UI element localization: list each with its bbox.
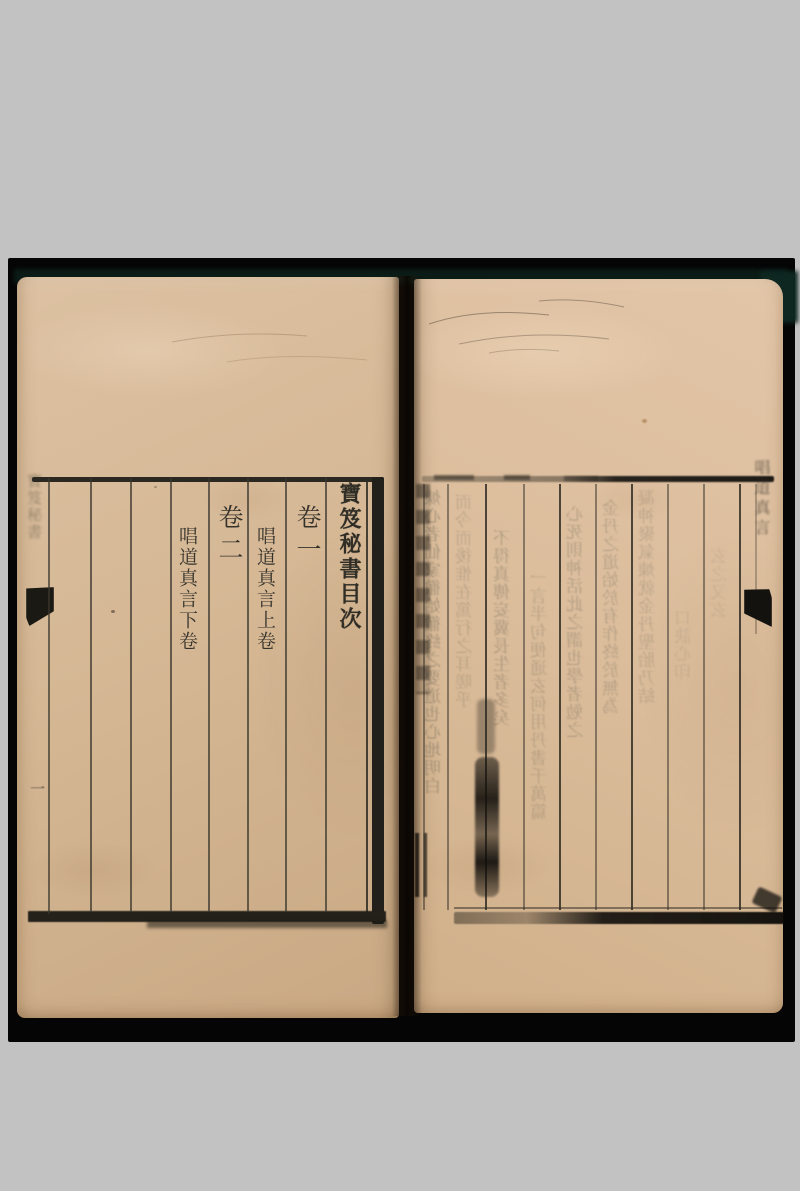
bleedthrough-column: 金丹之道始於有作終於無為	[600, 499, 626, 715]
fishtail-mark-right	[744, 589, 772, 627]
showthrough-frame-bottom	[454, 912, 784, 924]
banxin-ghost-title: 唱道真言	[750, 459, 773, 539]
bleedthrough-column: 心死則神活此之謂也學者勉之	[564, 505, 590, 739]
scratch-marks	[419, 289, 649, 359]
toc-entry-volume-1: 卷一	[289, 504, 325, 568]
ink-smudge	[504, 475, 530, 480]
ink-smudge	[434, 475, 474, 480]
leaf-number: 一	[27, 781, 48, 796]
column-rule	[247, 478, 249, 912]
ink-smudge	[751, 886, 782, 913]
toc-title: 寶笈秘書目次	[334, 482, 365, 632]
bleedthrough-column: 口訣心印	[672, 609, 698, 681]
ink-bleed-smudge	[477, 699, 495, 754]
gutter-shadow	[392, 276, 422, 1016]
toc-entry-changdao-zhenyan-xia: 唱道真言下卷	[174, 526, 201, 652]
column-rule	[170, 478, 172, 912]
bleedthrough-column: 玄之又玄	[708, 547, 734, 619]
ink-speck	[111, 610, 115, 613]
fore-edge-ghost-title: 寶笈秘書	[24, 473, 45, 541]
ink-smudge	[147, 920, 387, 928]
column-rule	[285, 478, 287, 912]
column-rule	[130, 478, 132, 912]
ink-speck	[154, 486, 157, 488]
column-rule	[208, 478, 210, 912]
fold-line	[48, 478, 50, 914]
bleedthrough-column: 而今而後惟在篤行之耳嗟乎	[453, 493, 479, 709]
left-page: 寶笈秘書 一 寶笈秘書目次 卷一 唱道真言上卷 卷二 唱道真言下卷	[17, 277, 399, 1018]
photo-area: 寶笈秘書 一 寶笈秘書目次 卷一 唱道真言上卷 卷二 唱道真言下卷	[8, 258, 795, 1042]
column-rule	[667, 484, 669, 910]
column-rule	[739, 484, 741, 910]
toc-frame-right-border	[372, 477, 384, 924]
column-rule	[595, 484, 597, 910]
bleedthrough-column: 不得真傳妄冀長生者多矣	[491, 529, 517, 727]
column-rule	[325, 478, 327, 912]
scan-matte: 寶笈秘書 一 寶笈秘書目次 卷一 唱道真言上卷 卷二 唱道真言下卷	[0, 0, 800, 1191]
toc-entry-changdao-zhenyan-shang: 唱道真言上卷	[252, 526, 279, 652]
column-rule	[703, 484, 705, 910]
toc-frame-right-inner-line	[366, 479, 368, 917]
column-rule	[559, 484, 561, 910]
scratch-marks	[167, 302, 377, 372]
showthrough-frame-top	[422, 476, 774, 482]
bleedthrough-column: 凝神聚氣煉就金丹聖胎乃結	[636, 489, 662, 705]
ink-bleed-smudge	[475, 757, 499, 897]
ink-smudge	[564, 476, 598, 481]
toc-entry-volume-2: 卷二	[211, 504, 247, 568]
bleedthrough-column: 一言半句便通玄何用丹書千萬篇	[528, 569, 554, 821]
right-page: 煉心者仙家徹始徹終之要道也心地明白 而今而後惟在篤行之耳嗟乎 不得真傳妄冀長生者…	[414, 279, 783, 1013]
column-rule	[90, 478, 92, 912]
column-rule	[523, 484, 525, 910]
column-rule	[631, 484, 633, 910]
fox-spot	[642, 419, 647, 423]
showthrough-frame-bottom-line	[454, 907, 782, 909]
